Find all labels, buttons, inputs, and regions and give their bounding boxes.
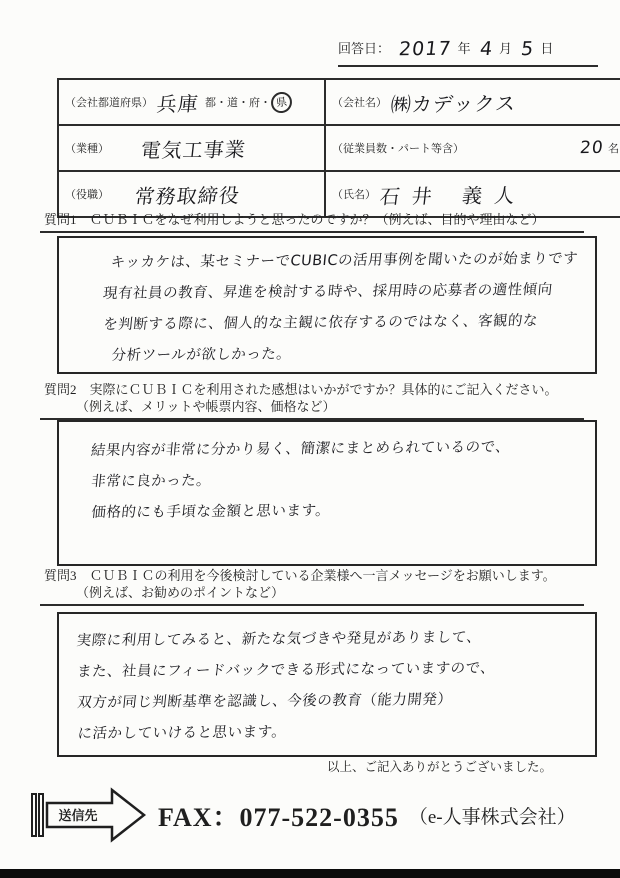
handwritten-line: 非常に良かった。 bbox=[90, 463, 591, 498]
handwritten-line: を判断する際に、個人的な主観に依存するのではなく、客観的な bbox=[102, 306, 591, 341]
handwritten-line: 双方が同じ判断基準を認識し、今後の教育（能力開発） bbox=[76, 684, 591, 719]
question2-answer-box: 結果内容が非常に分かり易く、簡潔にまとめられているので、 非常に良かった。 価格… bbox=[57, 420, 597, 566]
closing-note: 以上、ご記入ありがとうございました。 bbox=[40, 757, 552, 775]
question1-title: 質問1 ＣＵＢＩＣをなぜ利用しようと思ったのですか？（例えば、目的や理由など） bbox=[44, 211, 584, 228]
name-label: （氏名） bbox=[332, 186, 376, 202]
question2-heading: 質問2 実際にＣＵＢＩＣを利用された感想はいかがですか？具体的にご記入ください。… bbox=[40, 381, 584, 420]
question3-answer-box: 実際に利用してみると、新たな気づきや発見がありまして、 また、社員にフィードバッ… bbox=[57, 612, 597, 757]
response-date-year: 2017 bbox=[398, 38, 453, 61]
scanned-survey-form: 回答日： 2017年 4月 5日 （会社都道府県） 兵庫 都・道・府・県 （会社… bbox=[0, 0, 620, 878]
month-unit: 月 bbox=[499, 41, 512, 56]
question1-answer: キッカケは、某セミナーでCUBICの活用事例を聞いたのが始まりです 現有社員の教… bbox=[58, 236, 595, 373]
company-name-label: （会社名） bbox=[332, 94, 387, 110]
question3-heading: 質問3 ＣＵＢＩＣの利用を今後検討している企業様へ一言メッセージをお願いします。… bbox=[40, 567, 584, 606]
question3-title: 質問3 ＣＵＢＩＣの利用を今後検討している企業様へ一言メッセージをお願いします。 bbox=[44, 567, 584, 584]
name-value: 石井 義人 bbox=[378, 179, 528, 210]
response-date-month: 4 bbox=[479, 38, 495, 60]
employees-value: 20 bbox=[579, 138, 605, 158]
response-date-day: 5 bbox=[520, 38, 536, 60]
handwritten-line: 現有社員の教育、昇進を検討する時や、採用時の応募者の適性傾向 bbox=[101, 275, 590, 310]
table-row: （会社都道府県） 兵庫 都・道・府・県 （会社名） ㈱カデックス bbox=[58, 79, 620, 125]
industry-label: （業種） bbox=[65, 140, 109, 156]
position-value: 常務取締役 bbox=[133, 179, 241, 209]
question2-subtitle: （例えば、メリットや帳票内容、価格など） bbox=[44, 398, 584, 415]
day-unit: 日 bbox=[540, 41, 553, 56]
company-info-table: （会社都道府県） 兵庫 都・道・府・県 （会社名） ㈱カデックス （業種） 電気… bbox=[57, 78, 620, 218]
employees-label: （従業員数・パート等含） bbox=[332, 140, 464, 156]
circled-ken-mark: 県 bbox=[270, 90, 293, 113]
table-row: （業種） 電気工事業 （従業員数・パート等含） 20 名 bbox=[58, 125, 620, 171]
prefecture-options: 都・道・府・県 bbox=[205, 92, 292, 113]
handwritten-line: 価格的にも手頃な金額と思います。 bbox=[90, 494, 591, 529]
position-label: （役職） bbox=[65, 186, 109, 202]
handwritten-line: に活かしていけると思います。 bbox=[76, 715, 591, 750]
question1-heading: 質問1 ＣＵＢＩＣをなぜ利用しようと思ったのですか？（例えば、目的や理由など） bbox=[40, 211, 584, 233]
question1-answer-box: キッカケは、某セミナーでCUBICの活用事例を聞いたのが始まりです 現有社員の教… bbox=[57, 236, 597, 374]
employees-cell: （従業員数・パート等含） 20 名 bbox=[325, 125, 620, 171]
send-to-arrow-icon: 送信先 bbox=[30, 786, 148, 844]
year-unit: 年 bbox=[458, 41, 471, 56]
prefecture-value: 兵庫 bbox=[155, 87, 200, 116]
question2-answer: 結果内容が非常に分かり易く、簡潔にまとめられているので、 非常に良かった。 価格… bbox=[59, 420, 596, 530]
prefecture-label: （会社都道府県） bbox=[65, 94, 153, 110]
handwritten-line: また、社員にフィードバックできる形式になっていますので、 bbox=[75, 653, 590, 688]
fax-footer: 送信先 FAX：077-522-0355 （e-人事株式会社） bbox=[30, 786, 605, 844]
handwritten-line: 実際に利用してみると、新たな気づきや発見がありまして、 bbox=[75, 622, 590, 657]
question2-title: 質問2 実際にＣＵＢＩＣを利用された感想はいかがですか？具体的にご記入ください。 bbox=[44, 381, 584, 398]
response-date-label: 回答日： bbox=[338, 41, 390, 56]
handwritten-line: 分析ツールが欲しかった。 bbox=[110, 337, 591, 372]
handwritten-line: 結果内容が非常に分かり易く、簡潔にまとめられているので、 bbox=[89, 432, 590, 467]
company-name-value: ㈱カデックス bbox=[389, 87, 518, 117]
company-name-cell: （会社名） ㈱カデックス bbox=[325, 79, 620, 125]
scan-artifact-bottom-bar bbox=[0, 869, 620, 878]
question3-subtitle: （例えば、お勧めのポイントなど） bbox=[44, 584, 584, 601]
question3-answer: 実際に利用してみると、新たな気づきや発見がありまして、 また、社員にフィードバッ… bbox=[58, 612, 595, 751]
send-to-label: 送信先 bbox=[58, 808, 97, 823]
handwritten-line: キッカケは、某セミナーでCUBICの活用事例を聞いたのが始まりです bbox=[109, 244, 590, 279]
fax-company-name: （e-人事株式会社） bbox=[409, 802, 576, 829]
industry-value: 電気工事業 bbox=[139, 133, 247, 163]
fax-number: FAX：077-522-0355 bbox=[158, 797, 399, 834]
prefecture-cell: （会社都道府県） 兵庫 都・道・府・県 bbox=[58, 79, 325, 125]
industry-cell: （業種） 電気工事業 bbox=[58, 125, 325, 171]
employees-unit: 名 bbox=[608, 140, 619, 156]
response-date: 回答日： 2017年 4月 5日 bbox=[338, 38, 598, 67]
